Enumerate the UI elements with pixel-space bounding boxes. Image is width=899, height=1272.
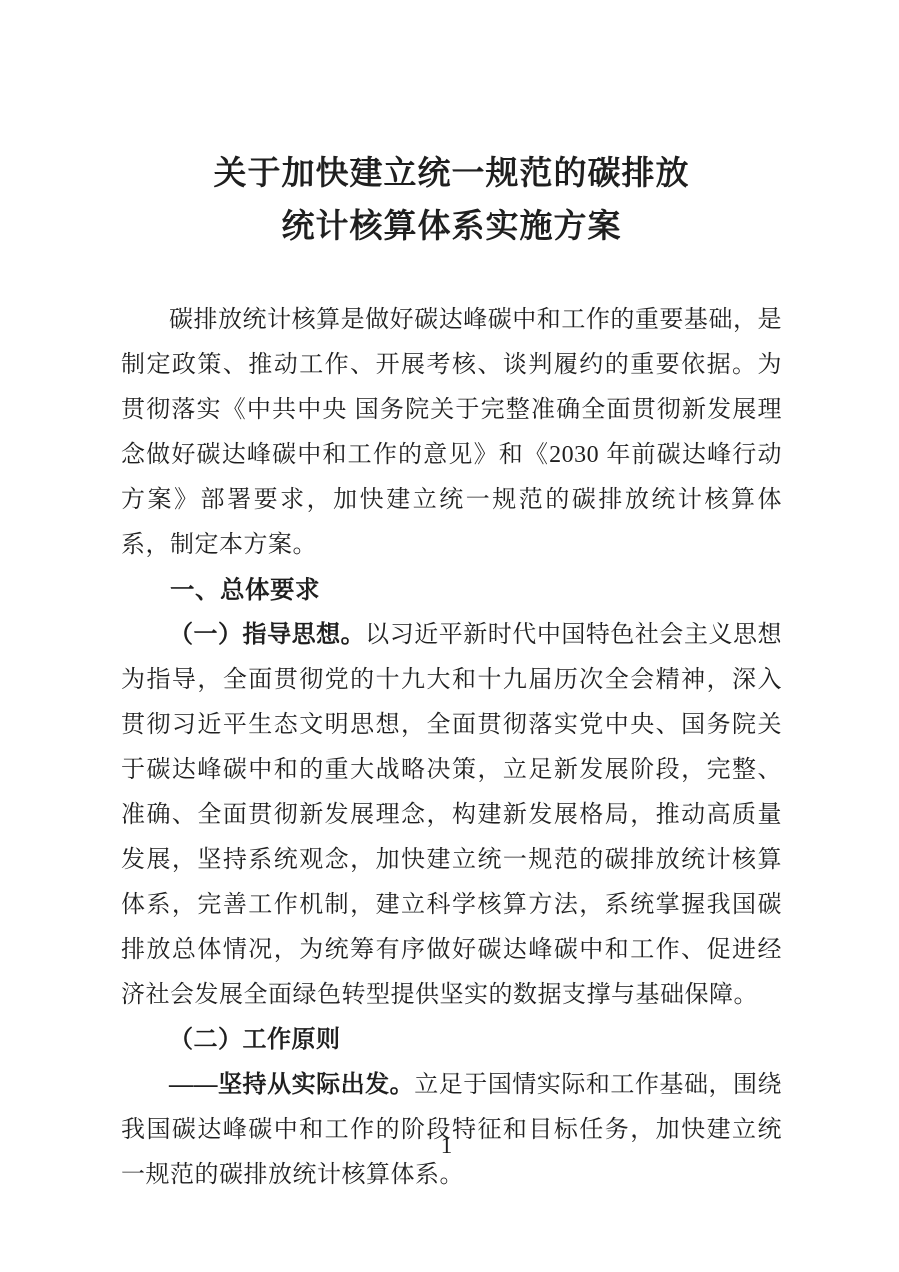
intro-paragraph: 碳排放统计核算是做好碳达峰碳中和工作的重要基础，是制定政策、推动工作、开展考核、… <box>121 298 782 568</box>
work-principles-heading: （二）工作原则 <box>121 1018 782 1063</box>
title-line-1: 关于加快建立统一规范的碳排放 <box>121 146 782 199</box>
document-title: 关于加快建立统一规范的碳排放 统计核算体系实施方案 <box>121 146 782 252</box>
guiding-ideology-lead: （一）指导思想。 <box>169 622 365 648</box>
title-line-2: 统计核算体系实施方案 <box>121 199 782 252</box>
document-page: 关于加快建立统一规范的碳排放 统计核算体系实施方案 碳排放统计核算是做好碳达峰碳… <box>0 0 899 1272</box>
guiding-ideology-paragraph: （一）指导思想。以习近平新时代中国特色社会主义思想为指导，全面贯彻党的十九大和十… <box>121 613 782 1018</box>
section-1-heading: 一、总体要求 <box>121 568 782 613</box>
guiding-ideology-body: 以习近平新时代中国特色社会主义思想为指导，全面贯彻党的十九大和十九届历次全会精神… <box>121 622 782 1008</box>
document-content: 关于加快建立统一规范的碳排放 统计核算体系实施方案 碳排放统计核算是做好碳达峰碳… <box>0 0 899 1198</box>
principle-1-lead: ——坚持从实际出发。 <box>169 1072 414 1098</box>
page-number: 1 <box>0 1131 893 1161</box>
